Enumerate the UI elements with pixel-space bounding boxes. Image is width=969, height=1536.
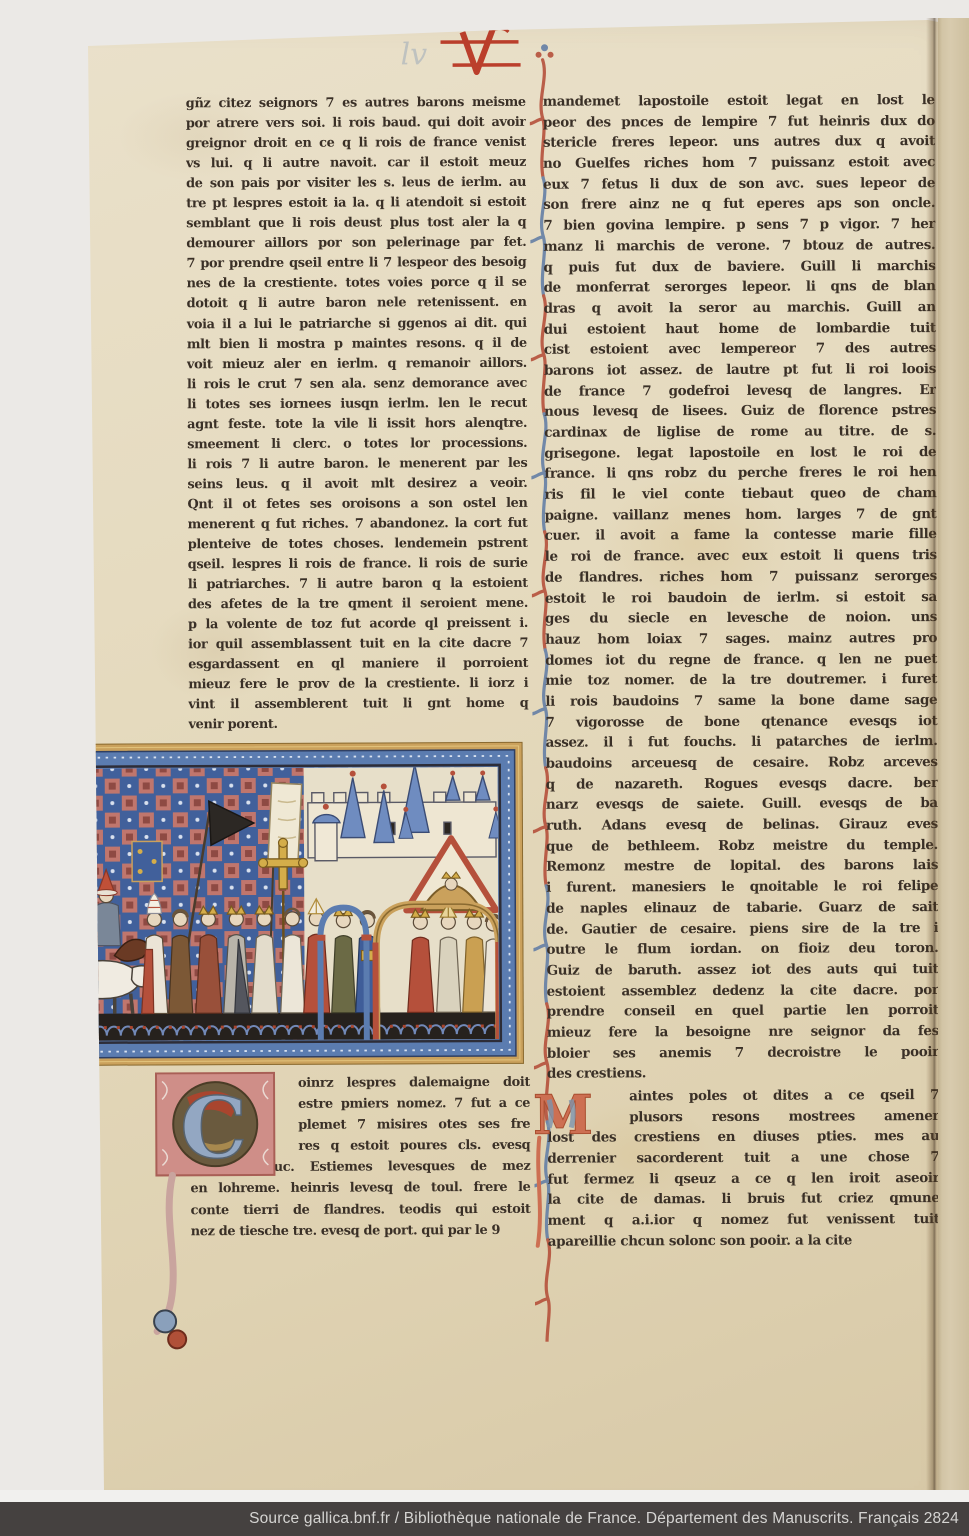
manuscript-text-line: barons iot assez. de lautre pt fut li ro… bbox=[544, 359, 936, 381]
manuscript-text-line: 7 bien govina lempire. p sens 7 p vigor.… bbox=[543, 214, 935, 236]
manuscript-text-line: voit mieuz aler en ierlm. q remanoir ail… bbox=[187, 353, 527, 375]
scan-margin-strip bbox=[0, 1490, 969, 1502]
manuscript-text-line: li rois le crut 7 sen ala. senz demoranc… bbox=[187, 373, 527, 395]
gallica-footer: Source gallica.bnf.fr / Bibliothèque nat… bbox=[0, 1502, 969, 1536]
manuscript-text-line: ris fil le viel conte tiebaut queo de ch… bbox=[544, 483, 936, 505]
manuscript-text-line: des crestiens. bbox=[547, 1062, 939, 1084]
manuscript-text-line: dras q avoit la seror au marchis. Guill … bbox=[544, 297, 936, 319]
manuscript-text-line: baudoins arceuesq de cesaire. Robz arcev… bbox=[546, 752, 938, 774]
manuscript-text-line: peor des pnces de lempire 7 fut heinris … bbox=[543, 111, 935, 133]
manuscript-text-line: Remonz mestre de lopital. des barons lai… bbox=[546, 855, 938, 877]
manuscript-text-line: gñz citez seignors 7 es autres barons me… bbox=[186, 93, 526, 115]
initial-c-penwork-tail bbox=[153, 1175, 186, 1348]
page-content: lv bbox=[0, 0, 969, 1536]
manuscript-text-line: de. Gautier de cesaire. piens sire de la… bbox=[546, 918, 938, 940]
folio-marks: lv bbox=[392, 22, 524, 81]
text-column-left: gñz citez seignors 7 es autres barons me… bbox=[186, 93, 529, 736]
manuscript-text-line: prendre conseil en quel partie len porro… bbox=[547, 1000, 939, 1022]
manuscript-text-line: por atrere vers soi. li rois baud. qui d… bbox=[186, 113, 526, 135]
manuscript-text-line: ges du siecle en levesche de noion. uns bbox=[545, 607, 937, 629]
source-attribution: Source gallica.bnf.fr / Bibliothèque nat… bbox=[249, 1502, 959, 1536]
folio-mark-blue: lv bbox=[400, 37, 427, 72]
facing-page-edge bbox=[938, 18, 969, 1494]
manuscript-text-line: smeement li clerc. o totes lor processio… bbox=[187, 434, 527, 456]
initial-letter-m: M bbox=[533, 1085, 593, 1146]
manuscript-text-line: voia il a lui le patriarche si ggenos ai… bbox=[187, 313, 527, 335]
manuscript-text-line: agnt feste. tote la vile li issit hors a… bbox=[187, 414, 527, 436]
manuscript-text-line: bloier ses anemis 7 decroistre le pooir bbox=[547, 1042, 939, 1064]
manuscript-text-line: p la volente de toz fut acorde ql preiss… bbox=[188, 614, 528, 636]
manuscript-text-line: dui estoient haut home de lombardie tuit bbox=[544, 318, 936, 340]
manuscript-text-line: esgardassent en ql maniere il porroient bbox=[188, 654, 528, 676]
manuscript-text-line: paigne. vaillanz menes hom. larges 7 de … bbox=[545, 504, 937, 526]
manuscript-text-line: q de nazareth. Rogues evesqs dacre. ber bbox=[546, 773, 938, 795]
manuscript-text-line: li totes ses iornees iusqn ierlm. len le… bbox=[187, 394, 527, 416]
manuscript-text-line: vint il assemblerent tuit li gnt home q bbox=[188, 694, 528, 716]
manuscript-text-line: de flandres. riches hom 7 puissanz seror… bbox=[545, 566, 937, 588]
manuscript-text-line: cist estoient avec lempereor 7 des autre… bbox=[544, 338, 936, 360]
manuscript-text-line: des afetes de la tre qment il seroient m… bbox=[188, 594, 528, 616]
manuscript-text-line: estoit le roi baudoin de ierlm. si estoi… bbox=[545, 587, 937, 609]
manuscript-text-line: assez. il i fut fouchs. li patarches de … bbox=[546, 731, 938, 753]
manuscript-text-line: manz li marchis de verone. 7 btouz de au… bbox=[543, 235, 935, 257]
manuscript-text-line: qseil. lespres li rois de france. li roi… bbox=[188, 554, 528, 576]
manuscript-text-line: mie toz nomer. de la tre doutremer. i fu… bbox=[545, 669, 937, 691]
manuscript-text-line: de france 7 godefroi levesq de langres. … bbox=[544, 380, 936, 402]
parchment-page: lv bbox=[0, 0, 969, 1536]
manuscript-text-line: 7 por prendre qseil entre li 7 lespeor d… bbox=[186, 253, 526, 275]
manuscript-text-line: i furent. manesiers le qnoitable le roi … bbox=[546, 876, 938, 898]
manuscript-text-line: grisegone. legat lapostoile en lost le r… bbox=[544, 442, 936, 464]
manuscript-text-line: li patriarches. 7 li autre baron q la es… bbox=[188, 574, 528, 596]
manuscript-text-line: demourer aillors por son pelerinage par … bbox=[186, 233, 526, 255]
manuscript-text-line: france. li qns robz du perche freres le … bbox=[544, 462, 936, 484]
manuscript-text-line: q puis fut dux de baviere. Guill li marc… bbox=[543, 256, 935, 278]
manuscript-text-line: hauz hom loiax 7 sages. mainz autres pro bbox=[545, 628, 937, 650]
manuscript-text-line: ior quil assemblassent tuit en la cite d… bbox=[188, 634, 528, 656]
folio-mark-red bbox=[440, 28, 520, 72]
miniature-illustration bbox=[36, 742, 524, 1066]
manuscript-text-line: Qnt il ot fetes ses oroisons a son ostel… bbox=[187, 494, 527, 516]
manuscript-text-line: no Guelfes riches hom 7 puissanz estoit … bbox=[543, 152, 935, 174]
manuscript-text-line: narz evesqs de saiete. Guill. evesqs de … bbox=[546, 793, 938, 815]
manuscript-text-line: dotoit q li autre baron nele retenissent… bbox=[187, 293, 527, 315]
manuscript-text-line: cardinax de liglise de rome au titre. de… bbox=[544, 421, 936, 443]
manuscript-text-line: nous levesq de lisees. Guiz de florence … bbox=[544, 400, 936, 422]
manuscript-text-line: 7 vigorosse de bone qtenance evesqs iot bbox=[545, 711, 937, 733]
text-column-right: mandemet lapostoile estoit legat en lost… bbox=[543, 90, 939, 1085]
manuscript-text-line: vs lui. q li autre navoit. car il estoit… bbox=[186, 153, 526, 175]
manuscript-scan-page: lv bbox=[0, 0, 969, 1536]
manuscript-text-line: de son pais por visiter les s. leus de i… bbox=[186, 173, 526, 195]
manuscript-text-line: ruth. Adans evesq de belinas. Girauz eve… bbox=[546, 814, 938, 836]
manuscript-text-line: mieuz fere la besoigne nre seignor da fe… bbox=[547, 1021, 939, 1043]
manuscript-text-line: domes iot du regne de france. q len ne p… bbox=[545, 649, 937, 671]
manuscript-text-line: de monferrat serorges lepeor. li qns de … bbox=[544, 276, 936, 298]
checkered-banner bbox=[132, 841, 162, 881]
manuscript-text-line: estoient assemblez dedenz la cite dacre.… bbox=[547, 980, 939, 1002]
manuscript-text-line: plenteive de totes choses. lendemein pst… bbox=[188, 534, 528, 556]
manuscript-text-line: de naples elinauz de tabarie. Guarz de s… bbox=[546, 897, 938, 919]
manuscript-text-line: tre pt lespres estoit ia la. q li atendo… bbox=[186, 193, 526, 215]
manuscript-text-line: stericle freres lepeor. uns autres dux q… bbox=[543, 131, 935, 153]
manuscript-text-line: greignor droit en ce q li rois de france… bbox=[186, 133, 526, 155]
manuscript-text-line: li rois 7 li autre baron. le menerent pa… bbox=[187, 454, 527, 476]
manuscript-text-line: mlt bien li mostra p maintes resons. q i… bbox=[187, 333, 527, 355]
manuscript-text-line: Guiz de baruth. assez iot des auts qui t… bbox=[547, 959, 939, 981]
manuscript-text-line: cuer. il avoit a fame la contesse marie … bbox=[545, 524, 937, 546]
manuscript-text-line: semblant que li rois deust plus tost ale… bbox=[186, 213, 526, 235]
manuscript-text-line: menerent q fut riches. 7 abandonez. la c… bbox=[188, 514, 528, 536]
manuscript-text-line: que de bethleem. Robz meistre du temple. bbox=[546, 835, 938, 857]
manuscript-text-line: venir porent. bbox=[188, 714, 528, 736]
manuscript-text-line: son frere ainz ne q fut eperes aps son o… bbox=[543, 193, 935, 215]
decorated-initial-m: M bbox=[529, 1085, 608, 1253]
historiated-initial-c: C bbox=[142, 1069, 293, 1370]
manuscript-text-line: nes de la crestiente. totes voies porce … bbox=[187, 273, 527, 295]
manuscript-text-line: outre le flum iordan. on fioiz deu toron… bbox=[546, 938, 938, 960]
manuscript-text-line: mandemet lapostoile estoit legat en lost… bbox=[543, 90, 935, 112]
manuscript-text-line: eux 7 fetus li dux de son avc. sues lepe… bbox=[543, 173, 935, 195]
manuscript-text-line: mieuz fere le prov de la crestiente. li … bbox=[188, 674, 528, 696]
dark-ground-arcade bbox=[62, 1012, 499, 1041]
manuscript-text-line: li rois baudoins 7 same la bone dame sag… bbox=[545, 690, 937, 712]
manuscript-text-line: le roi de france. avec eux estoit li que… bbox=[545, 545, 937, 567]
initial-letter-c: C bbox=[180, 1078, 247, 1177]
manuscript-text-line: seins leus. q il avoit mlt desirez a veo… bbox=[187, 474, 527, 496]
page-gutter-crease bbox=[926, 18, 942, 1494]
